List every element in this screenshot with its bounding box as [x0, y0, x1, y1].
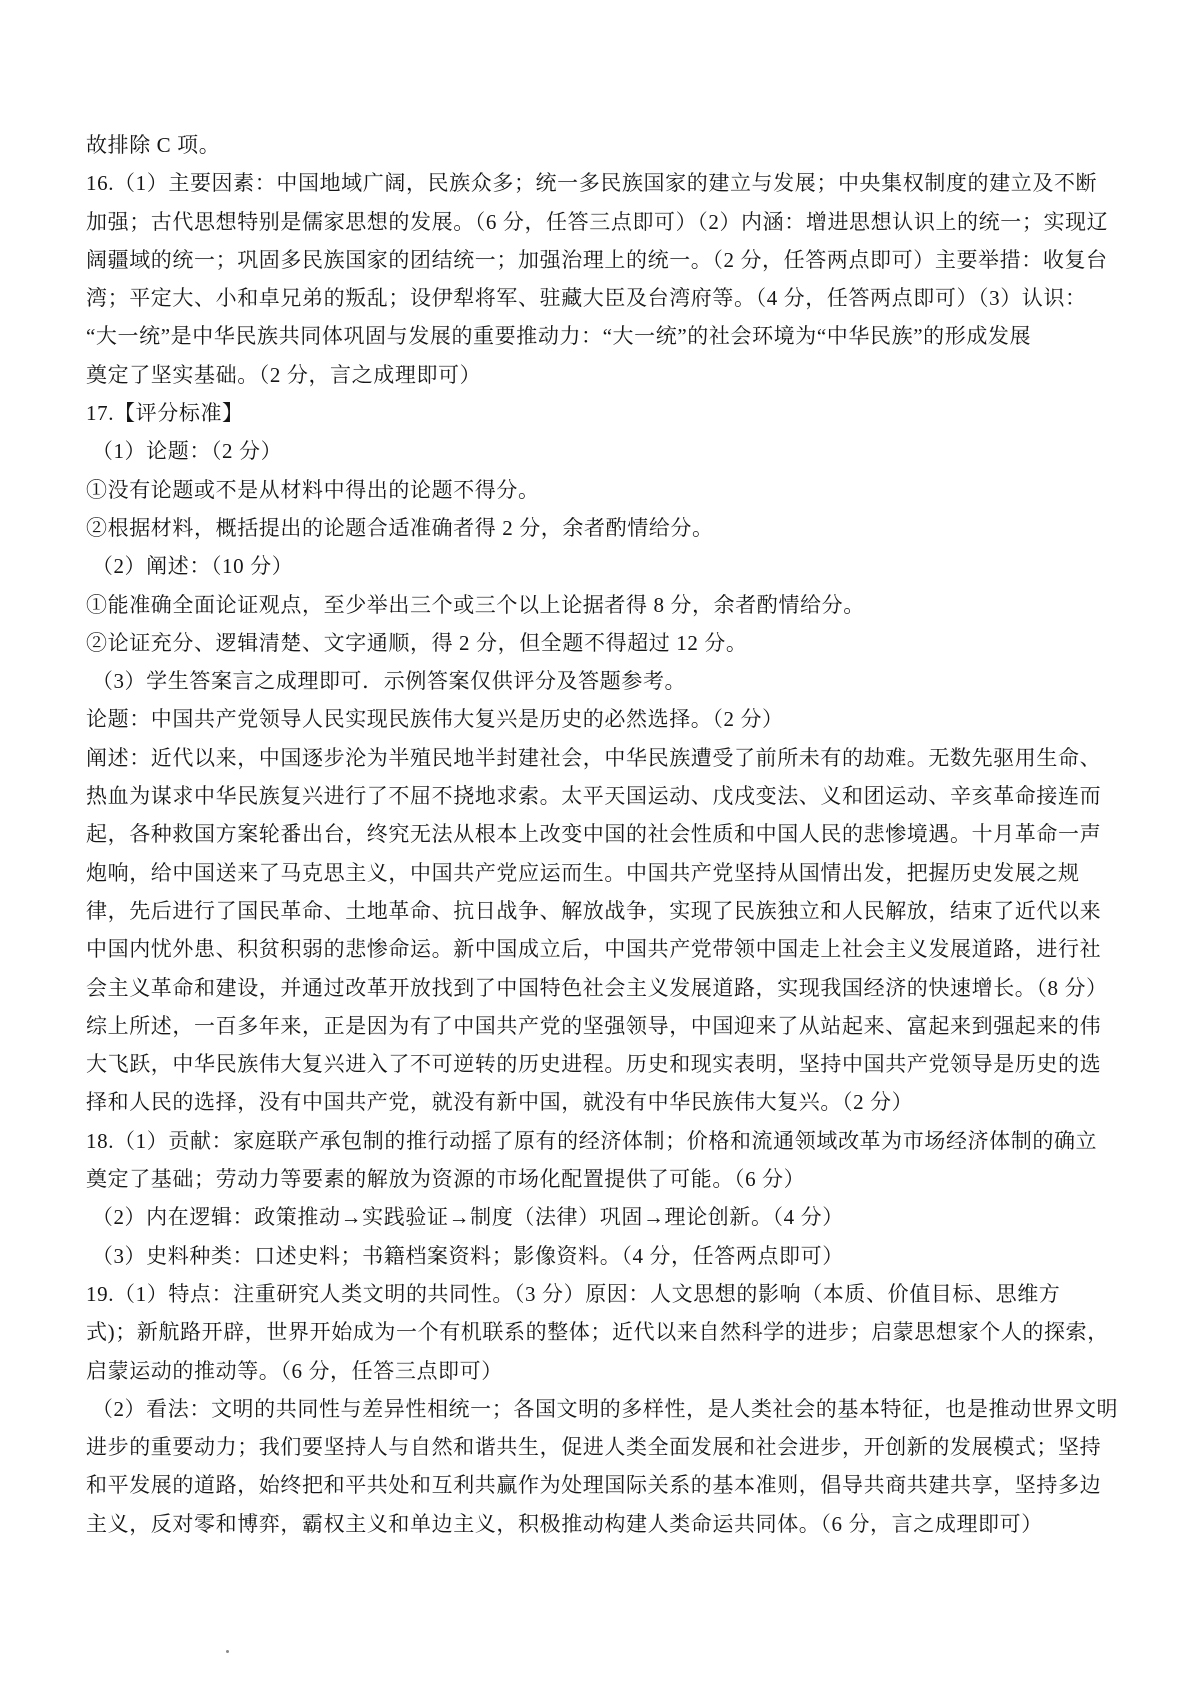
text-line: 加强；古代思想特别是儒家思想的发展。（6 分，任答三点即可）（2）内涵：增进思想… [86, 203, 1131, 241]
text-line: 启蒙运动的推动等。（6 分，任答三点即可） [86, 1352, 1131, 1390]
text-line: 论题：中国共产党领导人民实现民族伟大复兴是历史的必然选择。（2 分） [86, 700, 1131, 738]
text-line: （3）学生答案言之成理即可．示例答案仅供评分及答题参考。 [86, 662, 1131, 700]
text-line: 奠定了坚实基础。（2 分，言之成理即可） [86, 356, 1131, 394]
text-line: ②根据材料，概括提出的论题合适准确者得 2 分，余者酌情给分。 [86, 509, 1131, 547]
stray-dot-mark [226, 1650, 229, 1653]
text-line: 18.（1）贡献：家庭联产承包制的推行动摇了原有的经济体制；价格和流通领域改革为… [86, 1122, 1131, 1160]
document-page: 故排除 C 项。16.（1）主要因素：中国地域广阔，民族众多；统一多民族国家的建… [0, 0, 1200, 1698]
text-line: （2）内在逻辑：政策推动→实践验证→制度（法律）巩固→理论创新。（4 分） [86, 1198, 1131, 1236]
text-line: ②论证充分、逻辑清楚、文字通顺，得 2 分，但全题不得超过 12 分。 [86, 624, 1131, 662]
text-line: “大一统”是中华民族共同体巩固与发展的重要推动力：“大一统”的社会环境为“中华民… [86, 317, 1131, 355]
text-line: 会主义革命和建设，并通过改革开放找到了中国特色社会主义发展道路，实现我国经济的快… [86, 969, 1131, 1007]
text-line: 17.【评分标准】 [86, 394, 1131, 432]
text-line: 律，先后进行了国民革命、土地革命、抗日战争、解放战争，实现了民族独立和人民解放，… [86, 892, 1131, 930]
text-line: 主义，反对零和博弈，霸权主义和单边主义，积极推动构建人类命运共同体。（6 分，言… [86, 1505, 1131, 1543]
text-line: 热血为谋求中华民族复兴进行了不屈不挠地求索。太平天国运动、戊戌变法、义和团运动、… [86, 777, 1131, 815]
text-line: 16.（1）主要因素：中国地域广阔，民族众多；统一多民族国家的建立与发展；中央集… [86, 164, 1131, 202]
text-line: （2）阐述：（10 分） [86, 547, 1131, 585]
text-line: 择和人民的选择，没有中国共产党，就没有新中国，就没有中华民族伟大复兴。（2 分） [86, 1083, 1131, 1121]
text-line: （2）看法：文明的共同性与差异性相统一；各国文明的多样性，是人类社会的基本特征，… [86, 1390, 1131, 1428]
text-line: （1）论题：（2 分） [86, 432, 1131, 470]
text-line: ①没有论题或不是从材料中得出的论题不得分。 [86, 471, 1131, 509]
text-line: 阔疆域的统一；巩固多民族国家的团结统一；加强治理上的统一。（2 分，任答两点即可… [86, 241, 1131, 279]
text-line: 19.（1）特点：注重研究人类文明的共同性。（3 分）原因：人文思想的影响（本质… [86, 1275, 1131, 1313]
text-line: 起，各种救国方案轮番出台，终究无法从根本上改变中国的社会性质和中国人民的悲惨境遇… [86, 815, 1131, 853]
text-line: ①能准确全面论证观点，至少举出三个或三个以上论据者得 8 分，余者酌情给分。 [86, 586, 1131, 624]
text-line: 故排除 C 项。 [86, 126, 1131, 164]
text-line: 炮响，给中国送来了马克思主义，中国共产党应运而生。中国共产党坚持从国情出发，把握… [86, 854, 1131, 892]
text-line: 综上所述，一百多年来，正是因为有了中国共产党的坚强领导，中国迎来了从站起来、富起… [86, 1007, 1131, 1045]
text-line: 中国内忧外患、积贫积弱的悲惨命运。新中国成立后，中国共产党带领中国走上社会主义发… [86, 930, 1131, 968]
text-line: 大飞跃，中华民族伟大复兴进入了不可逆转的历史进程。历史和现实表明，坚持中国共产党… [86, 1045, 1131, 1083]
text-line: 阐述：近代以来，中国逐步沦为半殖民地半封建社会，中华民族遭受了前所未有的劫难。无… [86, 739, 1131, 777]
text-line: 进步的重要动力；我们要坚持人与自然和谐共生，促进人类全面发展和社会进步，开创新的… [86, 1428, 1131, 1466]
answer-key-text-block: 故排除 C 项。16.（1）主要因素：中国地域广阔，民族众多；统一多民族国家的建… [86, 126, 1131, 1543]
text-line: 湾；平定大、小和卓兄弟的叛乱；设伊犁将军、驻藏大臣及台湾府等。（4 分，任答两点… [86, 279, 1131, 317]
text-line: 奠定了基础；劳动力等要素的解放为资源的市场化配置提供了可能。（6 分） [86, 1160, 1131, 1198]
text-line: 式)；新航路开辟，世界开始成为一个有机联系的整体；近代以来自然科学的进步；启蒙思… [86, 1313, 1131, 1351]
text-line: （3）史料种类：口述史料；书籍档案资料；影像资料。（4 分，任答两点即可） [86, 1237, 1131, 1275]
text-line: 和平发展的道路，始终把和平共处和互利共赢作为处理国际关系的基本准则，倡导共商共建… [86, 1466, 1131, 1504]
